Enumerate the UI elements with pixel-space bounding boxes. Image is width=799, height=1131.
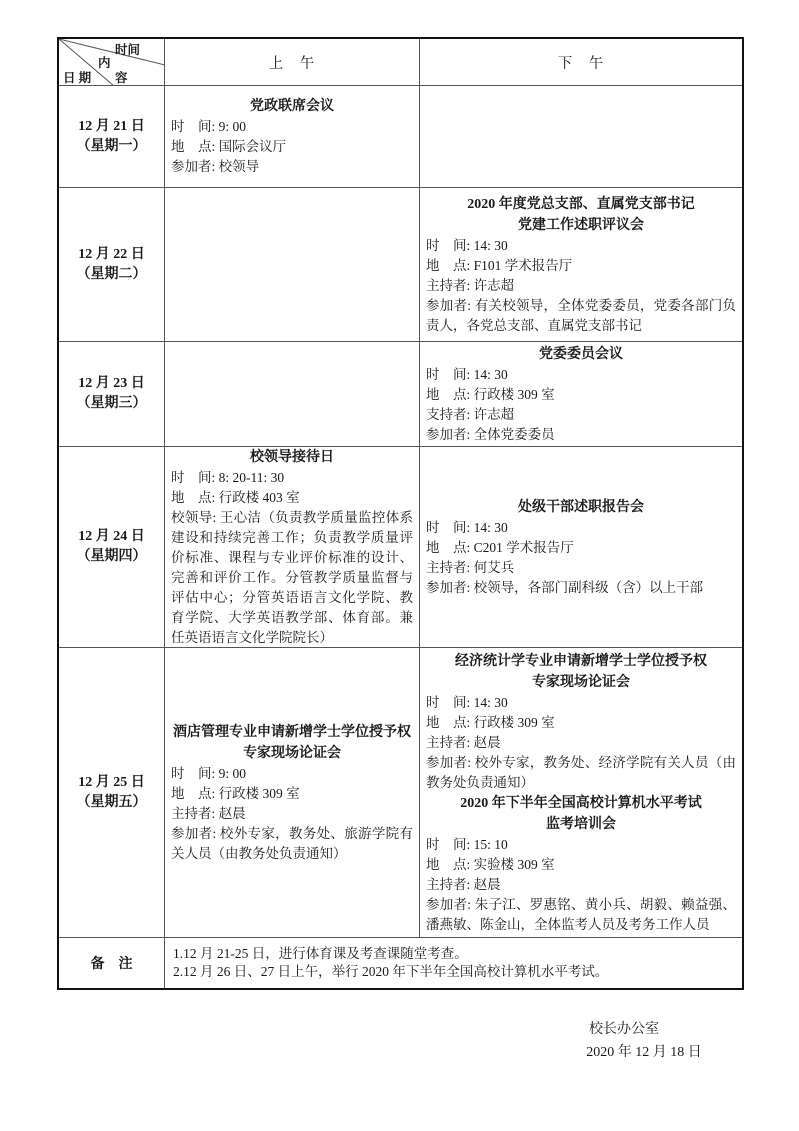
event-location: 地 点: C201 学术报告厅 [426, 538, 736, 558]
event-location: 地 点: 实验楼 309 室 [426, 855, 736, 875]
event-location: 地 点: 行政楼 309 室 [426, 713, 736, 733]
event-host: 主持者: 何艾兵 [426, 558, 736, 578]
morning-cell-dec25: 酒店管理专业申请新增学士学位授予权 专家现场论证会 时 间: 9: 00 地 点… [165, 648, 420, 938]
remark-line-1: 1.12 月 21-25 日，进行体育课及考查课随堂考查。 [173, 945, 734, 963]
event-host: 主持者: 赵晨 [426, 733, 736, 753]
remarks-content-cell: 1.12 月 21-25 日，进行体育课及考查课随堂考查。 2.12 月 26 … [165, 938, 742, 988]
event-title-line1: 2020 年度党总支部、直属党支部书记 [426, 194, 736, 215]
event-time: 时 间: 8: 20-11: 30 [171, 468, 413, 488]
weekday-text: （星期五） [77, 793, 147, 813]
date-cell-dec22: 12 月 22 日 （星期二） [59, 188, 165, 342]
event-time: 时 间: 9: 00 [171, 764, 413, 784]
event-title: 处级干部述职报告会 [426, 497, 736, 518]
event-time: 时 间: 14: 30 [426, 518, 736, 538]
event-participants: 参加者: 全体党委委员 [426, 425, 736, 445]
event-block-1: 经济统计学专业申请新增学士学位授予权 专家现场论证会 时 间: 14: 30 地… [426, 651, 736, 793]
event-host: 支持者: 许志超 [426, 405, 736, 425]
signature-date: 2020 年 12 月 18 日 [553, 1041, 735, 1061]
date-text: 12 月 23 日 [78, 374, 145, 394]
corner-time-label: 时间 [115, 40, 140, 58]
event-host: 主持者: 赵晨 [426, 875, 736, 895]
event-title-line1: 酒店管理专业申请新增学士学位授予权 [171, 722, 413, 743]
event-participants: 参加者: 朱子江、罗惠铭、黄小兵、胡毅、赖益强、潘燕敏、陈金山，全体监考人员及考… [426, 895, 736, 935]
event-leader-duties: 校领导: 王心洁（负责教学质量监控体系建设和持续完善工作；负责教学质量评价标准、… [171, 508, 413, 648]
event-location: 地 点: 行政楼 403 室 [171, 488, 413, 508]
event-block: 校领导接待日 时 间: 8: 20-11: 30 地 点: 行政楼 403 室 … [171, 447, 413, 648]
event-time: 时 间: 15: 10 [426, 835, 736, 855]
date-text: 12 月 24 日 [78, 527, 145, 547]
weekday-text: （星期三） [77, 394, 147, 414]
event-title-line1: 2020 年下半年全国高校计算机水平考试 [426, 793, 736, 814]
date-cell-dec23: 12 月 23 日 （星期三） [59, 342, 165, 447]
event-title-line2: 党建工作述职评议会 [426, 215, 736, 236]
weekday-text: （星期四） [77, 547, 147, 567]
column-header-morning: 上 午 [165, 39, 420, 86]
corner-date-label: 日 期 [63, 68, 91, 86]
event-location: 地 点: 行政楼 309 室 [171, 784, 413, 804]
event-participants: 参加者: 校外专家，教务处、经济学院有关人员（由教务处负责通知） [426, 753, 736, 793]
signature-office: 校长办公室 [558, 1018, 690, 1038]
event-time: 时 间: 14: 30 [426, 693, 736, 713]
date-cell-dec25: 12 月 25 日 （星期五） [59, 648, 165, 938]
date-cell-dec24: 12 月 24 日 （星期四） [59, 447, 165, 648]
event-title-line1: 经济统计学专业申请新增学士学位授予权 [426, 651, 736, 672]
weekly-schedule-table: 时间 内 容 日 期 上 午 下 午 12 月 21 日 （星期一） 党政联席会… [57, 37, 744, 990]
event-title-line2: 专家现场论证会 [171, 743, 413, 764]
event-block: 党委委员会议 时 间: 14: 30 地 点: 行政楼 309 室 支持者: 许… [426, 344, 736, 445]
event-block-2: 2020 年下半年全国高校计算机水平考试 监考培训会 时 间: 15: 10 地… [426, 793, 736, 935]
diagonal-header-cell: 时间 内 容 日 期 [59, 39, 165, 86]
event-title-line2: 监考培训会 [426, 814, 736, 835]
event-block: 处级干部述职报告会 时 间: 14: 30 地 点: C201 学术报告厅 主持… [426, 497, 736, 598]
event-time: 时 间: 14: 30 [426, 236, 736, 256]
event-location: 地 点: 行政楼 309 室 [426, 385, 736, 405]
event-participants: 参加者: 有关校领导，全体党委委员，党委各部门负责人，各党总支部、直属党支部书记 [426, 296, 736, 336]
corner-content-label-2: 容 [115, 68, 128, 86]
morning-cell-dec23 [165, 342, 420, 447]
event-title: 党政联席会议 [171, 96, 413, 117]
event-time: 时 间: 14: 30 [426, 365, 736, 385]
event-title-line2: 专家现场论证会 [426, 672, 736, 693]
weekday-text: （星期一） [77, 137, 147, 157]
event-block: 2020 年度党总支部、直属党支部书记 党建工作述职评议会 时 间: 14: 3… [426, 194, 736, 336]
remarks-label-cell: 备 注 [59, 938, 165, 988]
event-participants: 参加者: 校领导，各部门副科级（含）以上干部 [426, 578, 736, 598]
event-block: 党政联席会议 时 间: 9: 00 地 点: 国际会议厅 参加者: 校领导 [171, 96, 413, 177]
event-title: 党委委员会议 [426, 344, 736, 365]
event-location: 地 点: 国际会议厅 [171, 137, 413, 157]
event-time: 时 间: 9: 00 [171, 117, 413, 137]
date-text: 12 月 25 日 [78, 773, 145, 793]
corner-content-label-1: 内 [98, 53, 111, 71]
afternoon-cell-dec24: 处级干部述职报告会 时 间: 14: 30 地 点: C201 学术报告厅 主持… [420, 447, 742, 648]
morning-cell-dec24: 校领导接待日 时 间: 8: 20-11: 30 地 点: 行政楼 403 室 … [165, 447, 420, 648]
date-text: 12 月 22 日 [78, 245, 145, 265]
column-header-afternoon: 下 午 [420, 39, 742, 86]
event-participants: 参加者: 校外专家，教务处、旅游学院有关人员（由教务处负责通知） [171, 824, 413, 864]
afternoon-cell-dec22: 2020 年度党总支部、直属党支部书记 党建工作述职评议会 时 间: 14: 3… [420, 188, 742, 342]
date-cell-dec21: 12 月 21 日 （星期一） [59, 86, 165, 188]
event-host: 主持者: 许志超 [426, 276, 736, 296]
morning-cell-dec21: 党政联席会议 时 间: 9: 00 地 点: 国际会议厅 参加者: 校领导 [165, 86, 420, 188]
event-block: 酒店管理专业申请新增学士学位授予权 专家现场论证会 时 间: 9: 00 地 点… [171, 722, 413, 864]
afternoon-cell-dec21 [420, 86, 742, 188]
remark-line-2: 2.12 月 26 日、27 日上午，举行 2020 年下半年全国高校计算机水平… [173, 963, 734, 981]
weekday-text: （星期二） [77, 265, 147, 285]
event-title: 校领导接待日 [171, 447, 413, 468]
afternoon-cell-dec23: 党委委员会议 时 间: 14: 30 地 点: 行政楼 309 室 支持者: 许… [420, 342, 742, 447]
event-participants: 参加者: 校领导 [171, 157, 413, 177]
event-location: 地 点: F101 学术报告厅 [426, 256, 736, 276]
event-host: 主持者: 赵晨 [171, 804, 413, 824]
date-text: 12 月 21 日 [78, 117, 145, 137]
schedule-document-page: 时间 内 容 日 期 上 午 下 午 12 月 21 日 （星期一） 党政联席会… [0, 0, 799, 1131]
afternoon-cell-dec25: 经济统计学专业申请新增学士学位授予权 专家现场论证会 时 间: 14: 30 地… [420, 648, 742, 938]
morning-cell-dec22 [165, 188, 420, 342]
